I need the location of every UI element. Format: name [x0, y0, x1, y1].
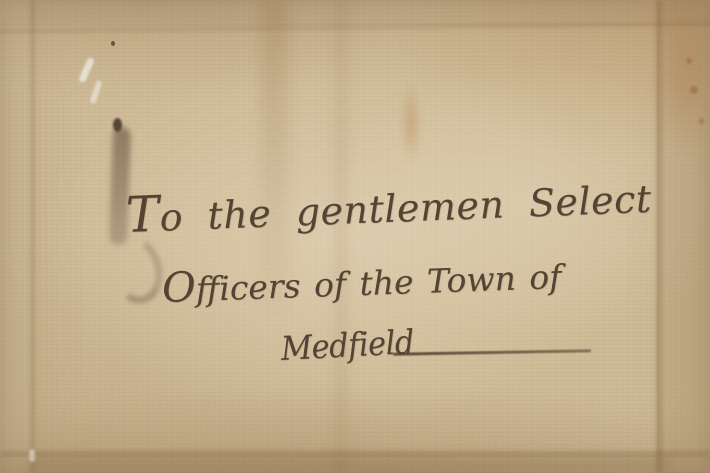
- paper-chip-mark: [29, 449, 35, 462]
- corner-stain: [658, 0, 710, 140]
- fold-crease-right: [657, 0, 661, 473]
- handwriting-line-3: Medfield: [280, 322, 415, 368]
- paper-edge-left: [0, 0, 31, 473]
- bottom-grime-band: [30, 457, 670, 473]
- ink-speck: [111, 41, 115, 46]
- rust-stain: [400, 82, 422, 164]
- stain-dot: [686, 58, 692, 64]
- stain-dot: [699, 118, 704, 124]
- faint-crease-streak: [334, 0, 348, 473]
- white-scratch-mark: [89, 80, 102, 105]
- fold-crease-bottom: [0, 452, 710, 455]
- handwriting-line-1: To the gentlemen Select: [125, 166, 653, 244]
- paper-edge-top: [0, 0, 710, 26]
- paper-edge-bottom: [0, 455, 710, 473]
- letter-scan: To the gentlemen Select Officers of the …: [0, 0, 710, 473]
- fold-crease-top: [0, 22, 710, 33]
- stain-dot: [690, 86, 698, 94]
- fold-crease-left: [31, 0, 34, 473]
- paper-edge-right: [661, 0, 710, 473]
- edge-vignette: [0, 0, 710, 473]
- handwriting-line-2: Officers of the Town of: [161, 250, 562, 312]
- white-scratch-mark: [78, 57, 95, 84]
- flourish-stroke: [393, 349, 591, 355]
- ink-smudge-blob: [113, 118, 122, 132]
